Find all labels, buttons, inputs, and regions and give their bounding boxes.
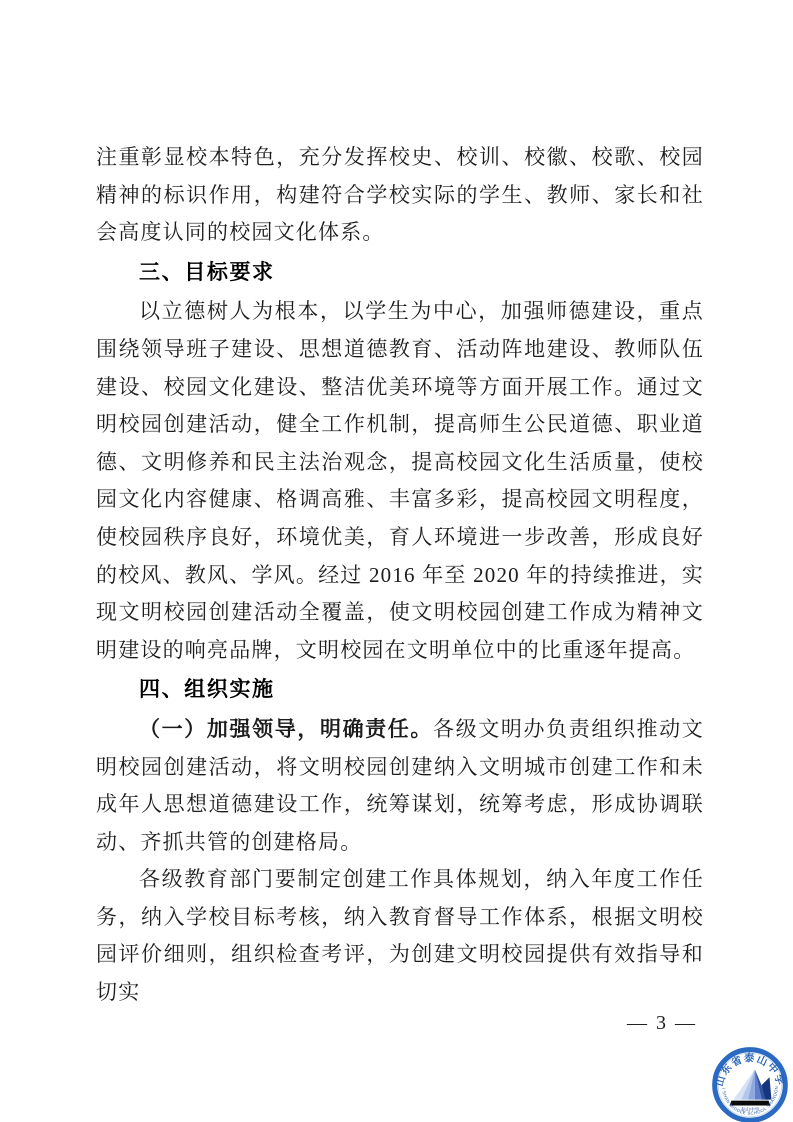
body-paragraph: 以立德树人为根本，以学生为中心，加强师德建设，重点围绕领导班子建设、思想道德教育… [96, 293, 704, 669]
body-paragraph: 注重彰显校本特色，充分发挥校史、校训、校徽、校歌、校园精神的标识作用，构建符合学… [96, 139, 704, 252]
section-heading: 四、组织实施 [96, 671, 704, 709]
section-heading: 三、目标要求 [96, 254, 704, 292]
document-page: 注重彰显校本特色，充分发挥校史、校训、校徽、校歌、校园精神的标识作用，构建符合学… [0, 0, 793, 1122]
body-paragraph: 各级教育部门要制定创建工作具体规划，纳入年度工作任务，纳入学校目标考核，纳入教育… [96, 861, 704, 1011]
document-body: 注重彰显校本特色，充分发挥校史、校训、校徽、校歌、校园精神的标识作用，构建符合学… [96, 139, 704, 1012]
school-logo: 山东省泰山中学 TAI SHAN MIDDLE SCHOOL SHANDONG … [711, 1046, 789, 1122]
paragraph-lead: （一）加强领导，明确责任。 [139, 717, 433, 741]
school-badge-icon: 山东省泰山中学 TAI SHAN MIDDLE SCHOOL SHANDONG … [711, 1046, 789, 1122]
body-paragraph: （一）加强领导，明确责任。各级文明办负责组织推动文明校园创建活动，将文明校园创建… [96, 711, 704, 861]
page-number: — 3 — [627, 1012, 697, 1035]
logo-emblem-text: 泰山中学 [741, 1106, 760, 1113]
